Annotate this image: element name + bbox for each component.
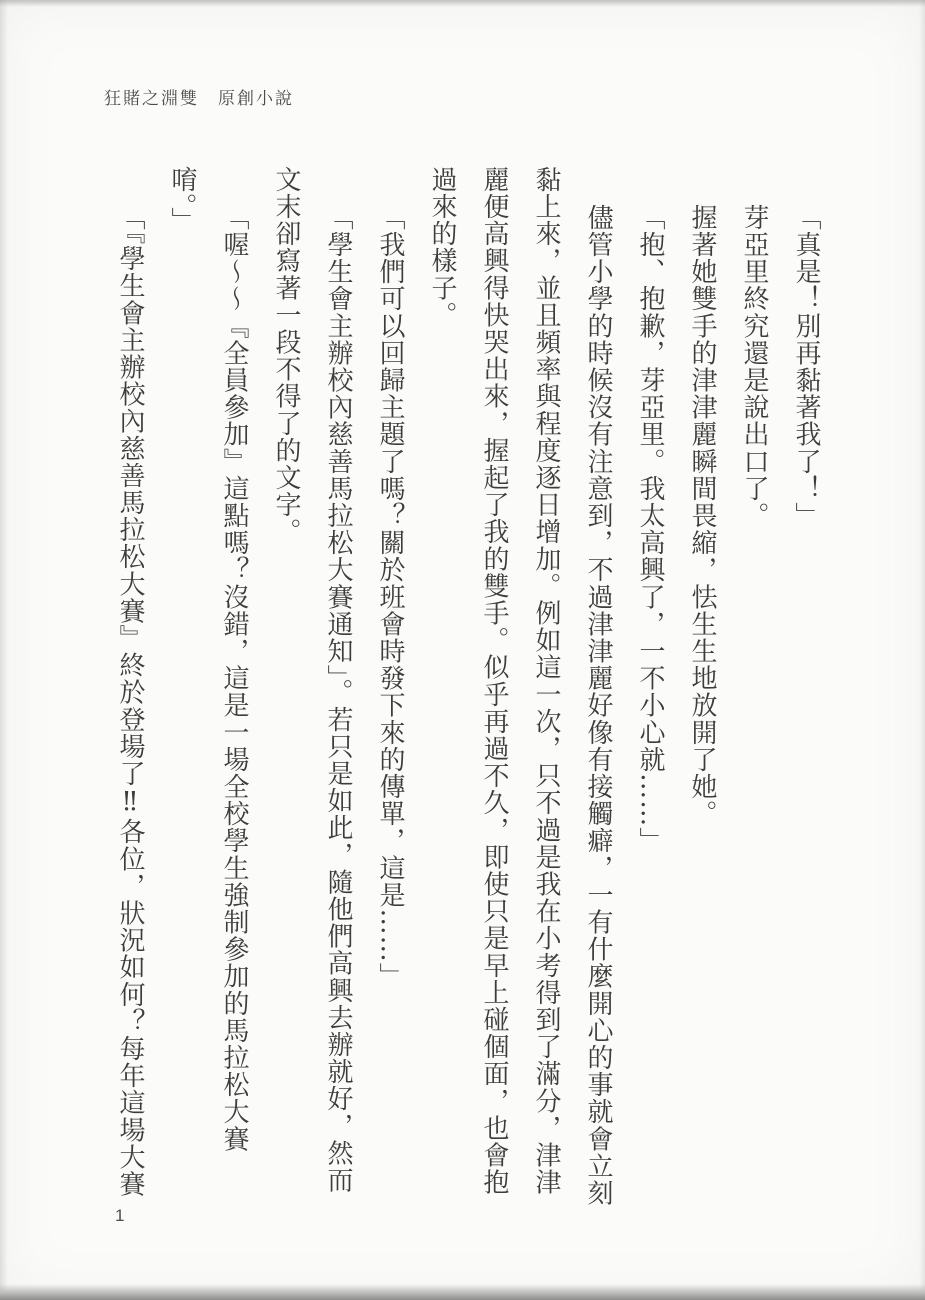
scanned-novel-page: 狂賭之淵雙 原創小說 「真是！別再黏著我了！」 芽亞里終究還是說出口了。 握著她…	[0, 0, 925, 1300]
paragraph-narration-3: 儘管小學的時候沒有注意到，不過津津麗好像有接觸癖，一有什麼開心的事就會立刻 黏上…	[416, 166, 624, 1238]
scan-edge-shadow-left	[0, 0, 8, 1300]
page-number: 1	[115, 1206, 124, 1226]
paragraph-flyer-text: 「『學生會主辦校內慈善馬拉松大賽』終於登場了‼各位，狀況如何？每年這場大賽	[104, 166, 156, 1238]
scan-edge-shadow-top	[0, 0, 925, 7]
scan-edge-shadow-bottom	[0, 1284, 925, 1300]
paragraph-dialogue-4: 「喔～～『全員參加』這點嗎？沒錯，這是一場全校學生強制參加的馬拉松大賽 唷。」	[156, 166, 260, 1238]
paragraph-narration-1: 芽亞里終究還是說出口了。	[728, 166, 780, 1238]
paragraph-narration-2: 握著她雙手的津津麗瞬間畏縮，怯生生地放開了她。	[676, 166, 728, 1238]
paragraph-dialogue-3: 「我們可以回歸主題了嗎？關於班會時發下來的傳單，這是……」	[364, 166, 416, 1238]
scan-edge-shadow-right	[919, 0, 925, 1300]
running-header-title: 狂賭之淵雙 原創小說	[104, 84, 294, 109]
novel-text-block: 「真是！別再黏著我了！」 芽亞里終究還是說出口了。 握著她雙手的津津麗瞬間畏縮，…	[90, 166, 832, 1238]
paragraph-dialogue-2: 「抱、抱歉，芽亞里。我太高興了，一不小心就……」	[624, 166, 676, 1238]
paragraph-narration-4: 「學生會主辦校內慈善馬拉松大賽通知」。若只是如此，隨他們高興去辦就好，然而 文末…	[260, 166, 364, 1238]
paragraph-dialogue-1: 「真是！別再黏著我了！」	[780, 166, 832, 1238]
